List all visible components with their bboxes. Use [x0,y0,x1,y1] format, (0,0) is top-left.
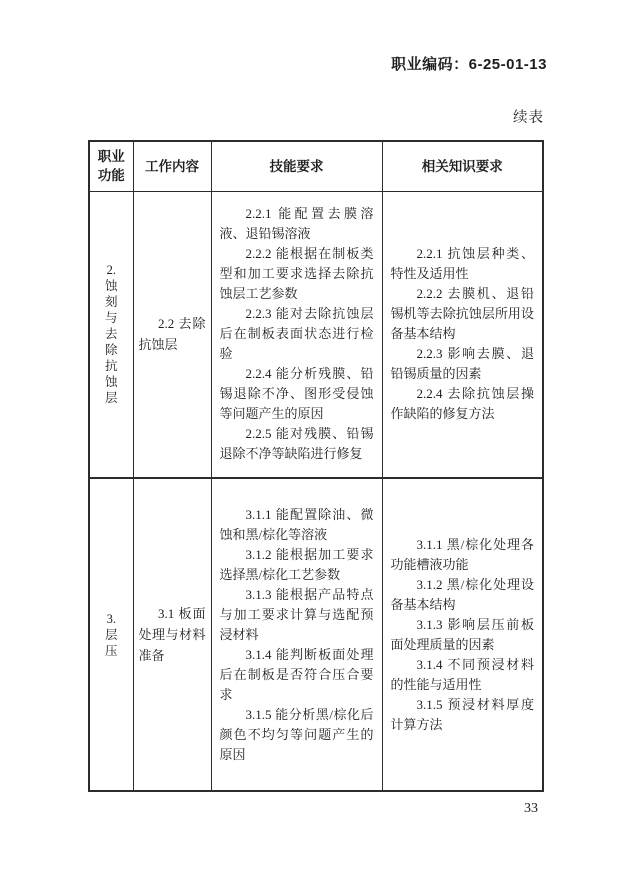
knowledge-requirements-cell: 3.1.1 黑/棕化处理各功能槽液功能 3.1.2 黑/棕化处理设备基本结构 3… [382,478,543,791]
occupation-code-label: 职业编码：6-25-01-13 [391,53,547,74]
knowledge-item: 2.2.1 抗蚀层种类、特性及适用性 [391,244,535,284]
function-cell-lamination: 3. 层压 [89,478,133,791]
work-content-cell: 2.2 去除抗蚀层 [133,191,211,478]
knowledge-item: 2.2.3 影响去膜、退铅锡质量的因素 [391,344,535,384]
knowledge-item: 3.1.1 黑/棕化处理各功能槽液功能 [391,535,535,575]
skill-item: 2.2.2 能根据在制板类型和加工要求选择去除抗蚀层工艺参数 [220,244,374,304]
function-number: 2. [91,262,132,278]
work-content-cell: 3.1 板面处理与材料准备 [133,478,211,791]
function-name-vertical: 层压 [105,627,118,659]
work-content-text: 3.1 板面处理与材料准备 [139,603,206,666]
function-number: 3. [91,611,132,627]
function-name-vertical: 蚀刻与去除抗蚀层 [105,278,118,406]
knowledge-item: 3.1.3 影响层压前板面处理质量的因素 [391,615,535,655]
work-content-text: 2.2 去除抗蚀层 [139,313,206,355]
skill-item: 3.1.4 能判断板面处理后在制板是否符合压合要求 [220,645,374,705]
knowledge-item: 2.2.4 去除抗蚀层操作缺陷的修复方法 [391,384,535,424]
header-job-function: 职业功能 [89,141,133,191]
document-page: 职业编码：6-25-01-13 续表 职业功能 工作内容 技能要求 相关知识要求… [0,0,630,883]
continued-table-label: 续表 [513,106,544,127]
skill-requirements-cell: 3.1.1 能配置除油、微蚀和黑/棕化等溶液 3.1.2 能根据加工要求选择黑/… [211,478,382,791]
knowledge-item: 2.2.2 去膜机、退铅锡机等去除抗蚀层所用设备基本结构 [391,284,535,344]
skill-item: 3.1.3 能根据产品特点与加工要求计算与选配预浸材料 [220,585,374,645]
skill-item: 2.2.1 能配置去膜溶液、退铅锡溶液 [220,204,374,244]
table-row: 3. 层压 3.1 板面处理与材料准备 3.1.1 能配置除油、微蚀和黑/棕化等… [89,478,543,791]
header-skill-requirements: 技能要求 [211,141,382,191]
page-number: 33 [524,801,538,817]
skill-item: 3.1.2 能根据加工要求选择黑/棕化工艺参数 [220,545,374,585]
skill-item: 3.1.5 能分析黑/棕化后颜色不均匀等问题产生的原因 [220,705,374,765]
header-work-content: 工作内容 [133,141,211,191]
knowledge-requirements-cell: 2.2.1 抗蚀层种类、特性及适用性 2.2.2 去膜机、退铅锡机等去除抗蚀层所… [382,191,543,478]
knowledge-item: 3.1.4 不同预浸材料的性能与适用性 [391,655,535,695]
table-row: 2. 蚀刻与去除抗蚀层 2.2 去除抗蚀层 2.2.1 能配置去膜溶液、退铅锡溶… [89,191,543,478]
knowledge-item: 3.1.5 预浸材料厚度计算方法 [391,695,535,735]
function-cell-etching: 2. 蚀刻与去除抗蚀层 [89,191,133,478]
skill-item: 2.2.4 能分析残膜、铅锡退除不净、图形受侵蚀等问题产生的原因 [220,364,374,424]
header-knowledge-requirements: 相关知识要求 [382,141,543,191]
occupational-standard-table: 职业功能 工作内容 技能要求 相关知识要求 2. 蚀刻与去除抗蚀层 2.2 去除… [88,140,544,792]
skill-item: 2.2.5 能对残膜、铅锡退除不净等缺陷进行修复 [220,424,374,464]
knowledge-item: 3.1.2 黑/棕化处理设备基本结构 [391,575,535,615]
table-header-row: 职业功能 工作内容 技能要求 相关知识要求 [89,141,543,191]
skill-requirements-cell: 2.2.1 能配置去膜溶液、退铅锡溶液 2.2.2 能根据在制板类型和加工要求选… [211,191,382,478]
skill-item: 3.1.1 能配置除油、微蚀和黑/棕化等溶液 [220,505,374,545]
skill-item: 2.2.3 能对去除抗蚀层后在制板表面状态进行检验 [220,304,374,364]
